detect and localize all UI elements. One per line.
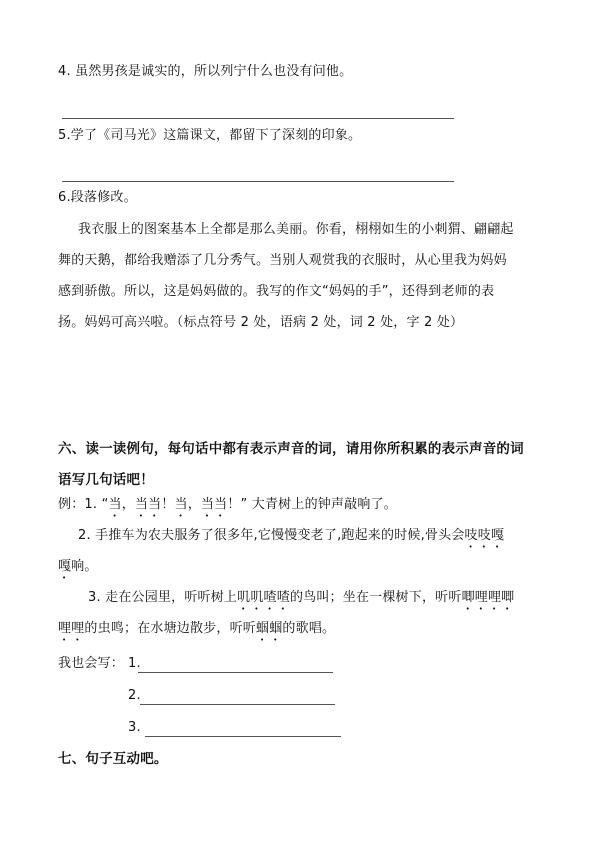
example-3-text: 的虫鸣；在水塘边散步，听听 [84, 621, 256, 636]
answer-line-5[interactable] [62, 181, 454, 182]
write-item-1-number: 1. [128, 656, 141, 672]
example-3-line-1: 3. 走在公园里，听听树上叽叽喳喳的鸟叫；坐在一棵树下，听听唧哩哩唧 [88, 590, 514, 613]
paragraph-line: 舞的天鹅，都给我赠添了几分秀气。当别人观赏我的衣服时，从心里我为妈妈 [58, 253, 507, 269]
example-3-text: 的歌唱。 [282, 621, 335, 636]
example-1: 例：1. “当，当当！当，当当！” 大青树上的钟声敲响了。 [58, 497, 397, 520]
example-2-line-1: 2. 手推车为农夫服务了很多年,它慢慢变老了,跑起来的时候,骨头会吱吱嘎 [78, 528, 504, 551]
section-6-title: 六、读一读例句，每句话中都有表示声音的词，请用你所积累的表示声音的词 [58, 441, 524, 457]
question-6-title: 6.段落修改。 [58, 190, 137, 206]
section-7-title: 七、句子互动吧。 [58, 751, 168, 767]
paragraph-line: 我衣服上的图案基本上全都是那么美丽。你看，栩栩如生的小刺猬、翩翩起 [78, 222, 514, 238]
example-2-text: 响。 [71, 559, 97, 574]
example-1-rest: 大青树上的钟声敲响了。 [252, 497, 397, 512]
example-3-text: 的鸟叫；坐在一棵树下，听听 [290, 590, 462, 605]
write-line-2[interactable] [140, 704, 335, 705]
paragraph-line: 感到骄傲。所以，这是妈妈做的。我写的作文“妈妈的手”，还得到老师的表 [58, 284, 494, 300]
write-line-3[interactable] [145, 736, 341, 737]
write-item-2-number: 2. [128, 688, 141, 704]
example-3-sound: 蝈蝈 [256, 621, 282, 636]
example-1-sound: “当，当当！当，当当！” [102, 497, 248, 512]
question-5: 5.学了《司马光》这篇课文，都留下了深刻的印象。 [58, 128, 361, 144]
example-2-text: 2. 手推车为农夫服务了很多年,它慢慢变老了,跑起来的时候,骨头会 [78, 528, 465, 543]
example-3-sound: 哩哩 [58, 621, 84, 636]
question-4: 4. 虽然男孩是诚实的，所以列宁什么也没有问他。 [58, 64, 352, 80]
example-2-line-2: 嘎响。 [58, 559, 98, 582]
example-2-sound: 吱吱嘎 [465, 528, 505, 543]
section-6-title-cont: 语写几句话吧！ [58, 472, 154, 488]
example-3-sound: 叽叽喳喳 [237, 590, 290, 605]
write-item-3-number: 3. [128, 720, 141, 736]
example-2-sound: 嘎 [58, 559, 71, 574]
example-3-text: 3. 走在公园里，听听树上 [88, 590, 237, 605]
example-3-line-2: 哩哩的虫鸣；在水塘边散步，听听蝈蝈的歌唱。 [58, 621, 335, 644]
write-line-1[interactable] [138, 672, 333, 673]
paragraph-line: 扬。妈妈可高兴啦。（标点符号 2 处，语病 2 处，词 2 处，字 2 处） [58, 315, 463, 331]
example-1-prefix: 例：1. [58, 497, 97, 512]
answer-line-4[interactable] [62, 118, 454, 119]
write-label: 我也会写： [58, 656, 124, 672]
example-3-sound: 唧哩哩唧 [462, 590, 515, 605]
